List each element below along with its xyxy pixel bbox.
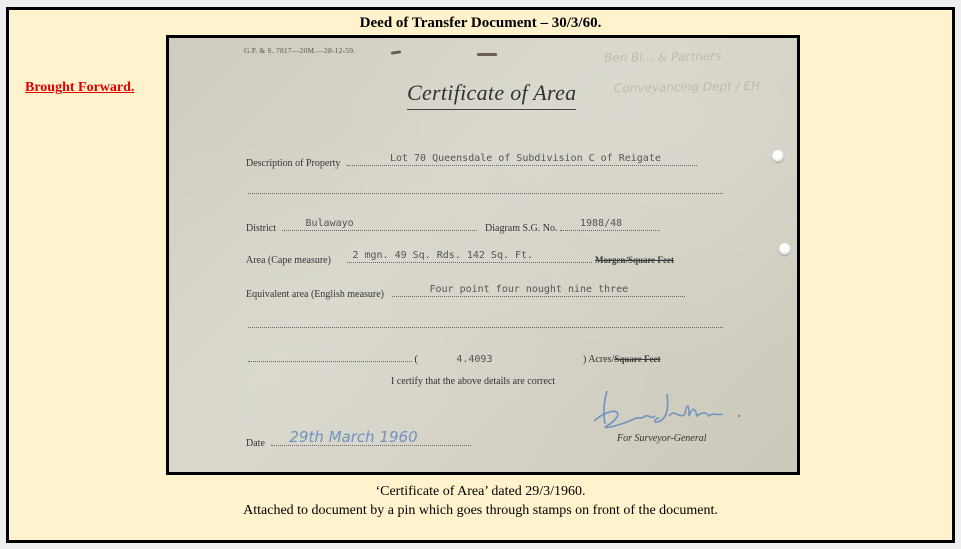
pin-icon [477,53,497,56]
area-cape-value: 2 mgn. 49 Sq. Rds. 142 Sq. Ft. [352,250,533,261]
equivalent-area-row: Equivalent area (English measure) Four p… [246,287,685,300]
description-line: Lot 70 Queensdale of Subdivision C of Re… [347,156,697,166]
caption-line1: ‘Certificate of Area’ dated 29/3/1960. [9,484,952,500]
description-continuation-row [248,184,723,197]
page-title: Deed of Transfer Document – 30/3/60. [9,15,952,32]
area-cape-row: Area (Cape measure) 2 mgn. 49 Sq. Rds. 1… [246,253,674,266]
date-line: 29th March 1960 [271,436,471,446]
diagram-label: Diagram S.G. No. [485,223,558,234]
page-frame: Deed of Transfer Document – 30/3/60. Bro… [6,7,955,543]
area-cape-label: Area (Cape measure) [246,255,331,266]
date-value: 29th March 1960 [289,428,417,446]
punch-hole-icon [779,243,791,255]
acres-open-paren: ( [415,354,418,365]
description-value: Lot 70 Queensdale of Subdivision C of Re… [390,153,661,164]
equivalent-continuation-row [248,318,723,331]
caption-line2: Attached to document by a pin which goes… [9,503,952,519]
acres-blank-line [248,352,412,362]
date-label: Date [246,438,265,449]
district-value: Bulawayo [306,218,354,229]
date-row: Date 29th March 1960 [246,436,471,449]
description-label: Description of Property [246,158,340,169]
area-cape-units: Morgen/Square Feet [595,255,674,265]
signatory-label: For Surveyor-General [617,433,707,444]
acres-value: 4.4093 [456,354,492,365]
equivalent-area-line: Four point four nought nine three [392,287,685,297]
district-label: District [246,223,276,234]
district-line: Bulawayo [282,221,477,231]
area-cape-line: 2 mgn. 49 Sq. Rds. 142 Sq. Ft. [347,253,592,263]
equivalent-blank-line [248,318,723,328]
acres-struck-unit: Square Feet [614,354,660,364]
certificate-image: G.P. & S. 7817—20M.—28-12-59. Ben Bl... … [166,35,800,475]
punch-hole-icon [772,150,784,162]
diagram-value: 1988/48 [580,218,622,229]
certificate-title: Certificate of Area [407,80,576,110]
acres-row: ( 4.4093 ) Acres/Square Feet [248,352,660,365]
description-row: Description of Property Lot 70 Queensdal… [246,156,697,169]
district-row: District Bulawayo Diagram S.G. No. 1988/… [246,221,660,234]
pencil-note-line1: Ben Bl... & Partners [604,49,722,65]
acres-unit: ) Acres/ [583,354,614,365]
pin-mark-icon [391,50,401,54]
equivalent-area-value: Four point four nought nine three [430,284,629,295]
signature-icon [589,386,759,436]
print-code: G.P. & S. 7817—20M.—28-12-59. [244,46,355,55]
equivalent-area-label: Equivalent area (English measure) [246,289,384,300]
diagram-line: 1988/48 [560,221,660,231]
description-blank-line [248,184,723,194]
pencil-note-line2: Conveyancing Dept / EH [614,79,760,96]
brought-forward-link[interactable]: Brought Forward. [25,80,134,96]
